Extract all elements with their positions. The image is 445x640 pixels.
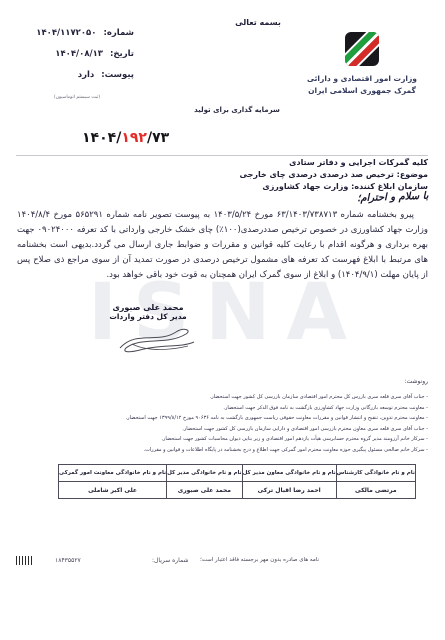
validity-note: نامه های صادره بدون مهر برجسته فاقد اعتب… (200, 557, 319, 563)
ref-part-year: ۱۴۰۴ (82, 130, 116, 146)
value-director-general: محمد علی صبوری (167, 482, 243, 499)
cc-item: - معاونت محترم توسعه بازرگانی وزارت جهاد… (138, 403, 428, 414)
header-deputy-director: نام و نام خانوادگی معاون مدیر کل (242, 465, 336, 482)
subject-line: موضوع: ترخیص صد درصدی درصدی چای خارجی (240, 170, 429, 179)
letter-number-row: شماره: ۱۴۰۴/۱۱۷۲۰۵۰ (20, 28, 134, 38)
issuer-line: سازمان ابلاغ کننده: وزارت جهاد کشاورزی (240, 182, 429, 191)
automation-note: (ثبت سیستم اتوماسیون) (20, 95, 134, 100)
cc-item: - جناب آقای سری قلعه سری معاون محترم باز… (138, 424, 428, 435)
iran-customs-flag-logo-icon (340, 27, 384, 71)
cc-item: - سرکار خانم آرزومند مدیر گروه محترم حسا… (138, 434, 428, 445)
header-expert: نام و نام خانوادگی کارشناس (336, 465, 415, 482)
letter-body: پیرو بخشنامه شماره ۶۳/۱۴۰۳/۷۳۸۷۱۳ مورخ ۱… (17, 208, 428, 283)
attachment-value: دارد (78, 70, 95, 80)
number-label: شماره: (103, 28, 134, 38)
value-expert: مرتضی مالکی (336, 482, 415, 499)
serial-number: ۱۸۴۳۵۵۲۷ (55, 557, 81, 564)
signature-block: محمد علی صبوری مدیر کل دفتر واردات (106, 303, 190, 360)
customs-logo-icon (340, 27, 384, 71)
date-value: ۱۴۰۴/۰۸/۱۳ (55, 49, 103, 59)
header-divider (16, 155, 428, 156)
cc-item: - جناب آقای سری قلعه سری بازرس کل محترم … (138, 392, 428, 403)
circular-reference-number: ۱۴۰۴/۱۹۲/۷۳ (82, 130, 169, 146)
customs-org-name: گمرک جمهوری اسلامی ایران (298, 86, 426, 95)
header-customs-deputy: نام و نام خانوادگی معاونت امور گمرکی (59, 465, 167, 482)
ministry-name: وزارت امور اقتصادی و دارائی (298, 74, 426, 83)
value-deputy-director: احمد رضا اقبال ترکی (242, 482, 336, 499)
ref-part-middle: ۱۹۲ (121, 130, 147, 146)
signatory-name: محمد علی صبوری (106, 303, 190, 312)
signatory-title: مدیر کل دفتر واردات (106, 312, 190, 321)
date-label: تاریخ: (110, 49, 134, 59)
salutation-handwriting: با سلام و احترام؛ (239, 191, 428, 209)
year-slogan: سرمایه گذاری برای تولید (178, 106, 296, 114)
number-value: ۱۴۰۴/۱۱۷۲۰۵۰ (36, 28, 96, 38)
recipient-line: کلیه گمرکات اجرایی و دفاتر ستادی (240, 158, 429, 167)
signatories-table: نام و نام خانوادگی کارشناس نام و نام خان… (58, 464, 416, 499)
cc-item: - سرکار خانم صالحی مسئول پیگیری حوزه معا… (138, 445, 428, 456)
besmellah-text: بسمه تعالی (225, 18, 291, 27)
official-letter-page: ISNA بسمه تعالی وزارت امور اقتصادی و دار… (0, 0, 445, 640)
letter-date-row: تاریخ: ۱۴۰۴/۰۸/۱۳ (20, 49, 134, 59)
header-director-general: نام و نام خانوادگی مدیر کل (167, 465, 243, 482)
barcode-icon (16, 556, 32, 565)
attachment-label: پیوست: (101, 70, 134, 80)
signature-scribble-icon (114, 322, 200, 356)
table-header-row: نام و نام خانوادگی کارشناس نام و نام خان… (59, 465, 416, 482)
table-value-row: مرتضی مالکی احمد رضا اقبال ترکی محمد علی… (59, 482, 416, 499)
ref-part-last: ۷۳ (152, 130, 169, 146)
letter-meta-block: شماره: ۱۴۰۴/۱۱۷۲۰۵۰ تاریخ: ۱۴۰۴/۰۸/۱۳ پی… (20, 28, 134, 91)
value-customs-deputy: علی اکبر شاملی (59, 482, 167, 499)
cc-item: - معاونت محترم تدوین، تنقیح و انتشار قوا… (138, 413, 428, 424)
attachment-row: پیوست: دارد (20, 70, 134, 80)
cc-label: رونوشت: (404, 378, 428, 385)
cc-list: - جناب آقای سری قلعه سری بازرس کل محترم … (138, 392, 428, 456)
serial-label: شماره سریال: (152, 557, 189, 564)
addressee-block: کلیه گمرکات اجرایی و دفاتر ستادی موضوع: … (240, 158, 429, 205)
